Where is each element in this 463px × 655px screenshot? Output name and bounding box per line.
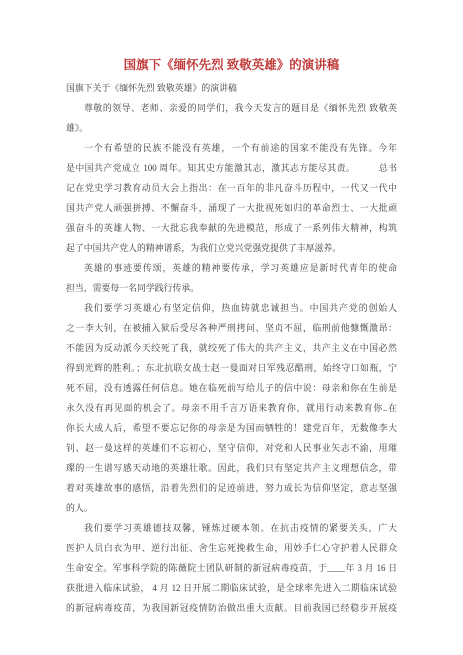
text-line: 尊敬的领导、老师、亲爱的同学们，我今天发言的题目是《缅怀先烈 致敬英 [66, 98, 397, 118]
text-line: 医护人员白衣为甲、逆行出征、舍生忘死挽救生命，用妙手仁心守护着人民群众 [66, 538, 397, 558]
document-page: 国旗下《缅怀先烈 致敬英雄》的演讲稿 国旗下关于《缅怀先烈 致敬英雄》的演讲稿尊… [0, 0, 463, 655]
text-line: 之一李大钊，在被捕入狱后受尽各种严刑拷问、坚贞不屈，临刑前他慷慨激昂： [66, 318, 397, 338]
paragraph: 尊敬的领导、老师、亲爱的同学们，我今天发言的题目是《缅怀先烈 致敬英雄》。 [66, 98, 397, 138]
text-line: 担当，需要每一名同学践行传承。 [66, 278, 397, 298]
text-line: 死不屈，没有透露任何信息。她在临死前写给儿子的信中说：母亲和你在生前是 [66, 378, 397, 398]
text-line: 是中国共产党成立 100 周年。知其史方能激其志，激其志方能尽其责。 总书 [66, 158, 397, 178]
text-line: 英雄的事迹要传颂，英雄的精神要传承，学习英雄应是新时代青年的使命 [66, 258, 397, 278]
text-line: 璨的一生谱写感天动地的英雄壮歌。因此，我们只有坚定共产主义理想信念，带 [66, 458, 397, 478]
text-line: 的人。 [66, 498, 397, 518]
document-title: 国旗下《缅怀先烈 致敬英雄》的演讲稿 [66, 56, 397, 74]
text-line: 你长大成人后，希望不要忘记你的母亲是为国而牺牲的！建党百年，无数像李大 [66, 418, 397, 438]
paragraph: 一个有希望的民族不能没有英雄，一个有前途的国家不能没有先锋。今年是中国共产党成立… [66, 138, 397, 258]
paragraph: 我们要学习英雄心有坚定信仰，热血铸就忠诚担当。中国共产党的创始人之一李大钊，在被… [66, 298, 397, 518]
text-line: 一个有希望的民族不能没有英雄，一个有前途的国家不能没有先锋。今年 [66, 138, 397, 158]
paragraph: 国旗下关于《缅怀先烈 致敬英雄》的演讲稿 [66, 78, 397, 98]
paragraph: 英雄的事迹要传颂，英雄的精神要传承，学习英雄应是新时代青年的使命担当，需要每一名… [66, 258, 397, 298]
text-line: 永久没有再见面的机会了。母亲不用千言万语来教育你，就用行动来教育你..在 [66, 398, 397, 418]
text-line: 记在党史学习教育动员大会上指出：在一百年的非凡奋斗历程中，一代又一代中 [66, 178, 397, 198]
text-line: 的新冠病毒疫苗，为我国新冠疫情防治做出重大贡献。目前我国已经稳步开展疫 [66, 598, 397, 618]
document-body: 国旗下关于《缅怀先烈 致敬英雄》的演讲稿尊敬的领导、老师、亲爱的同学们，我今天发… [66, 78, 397, 618]
text-line: 生命安全。军事科学院的陈薇院士团队研制的新冠病毒疫苗，于____年 3 月 16… [66, 558, 397, 578]
text-line: 强奋斗的英雄人物、一大批忘我奉献的先进模范，形成了一系列伟大精神，构筑 [66, 218, 397, 238]
text-line: 国旗下关于《缅怀先烈 致敬英雄》的演讲稿 [66, 78, 397, 98]
text-line: 起了中国共产党人的精神谱系，为我们立党兴党强党提供了丰厚滋养。 [66, 238, 397, 258]
paragraph: 我们要学习英雄德技双馨，锤炼过硬本领。在抗击疫情的紧要关头，广大医护人员白衣为甲… [66, 518, 397, 618]
text-line: 得到光辉的胜利。；东北抗联女战士赵一曼面对日军残忍酷刑，始终守口如瓶，宁 [66, 358, 397, 378]
text-line: 国共产党人顽强拼搏、不懈奋斗，涌现了一大批视死如归的革命烈士、一大批顽 [66, 198, 397, 218]
text-line: 钊、赵一曼这样的英雄们不忘初心，坚守信仰，对党和人民事业矢志不渝，用璀 [66, 438, 397, 458]
text-line: 雄》。 [66, 118, 397, 138]
text-line: 我们要学习英雄德技双馨，锤炼过硬本领。在抗击疫情的紧要关头，广大 [66, 518, 397, 538]
text-line: 着对英雄故事的感悟，沿着先烈们的足迹前进，努力成长为信仰坚定，意志坚强 [66, 478, 397, 498]
text-line: 不能因为反动派今天绞死了我，就绞死了伟大的共产主义，共产主义在中国必然 [66, 338, 397, 358]
text-line: 我们要学习英雄心有坚定信仰，热血铸就忠诚担当。中国共产党的创始人 [66, 298, 397, 318]
text-line: 获批进入临床试验， 4 月 12 日开展二期临床试验，是全球率先进入二期临床试验 [66, 578, 397, 598]
